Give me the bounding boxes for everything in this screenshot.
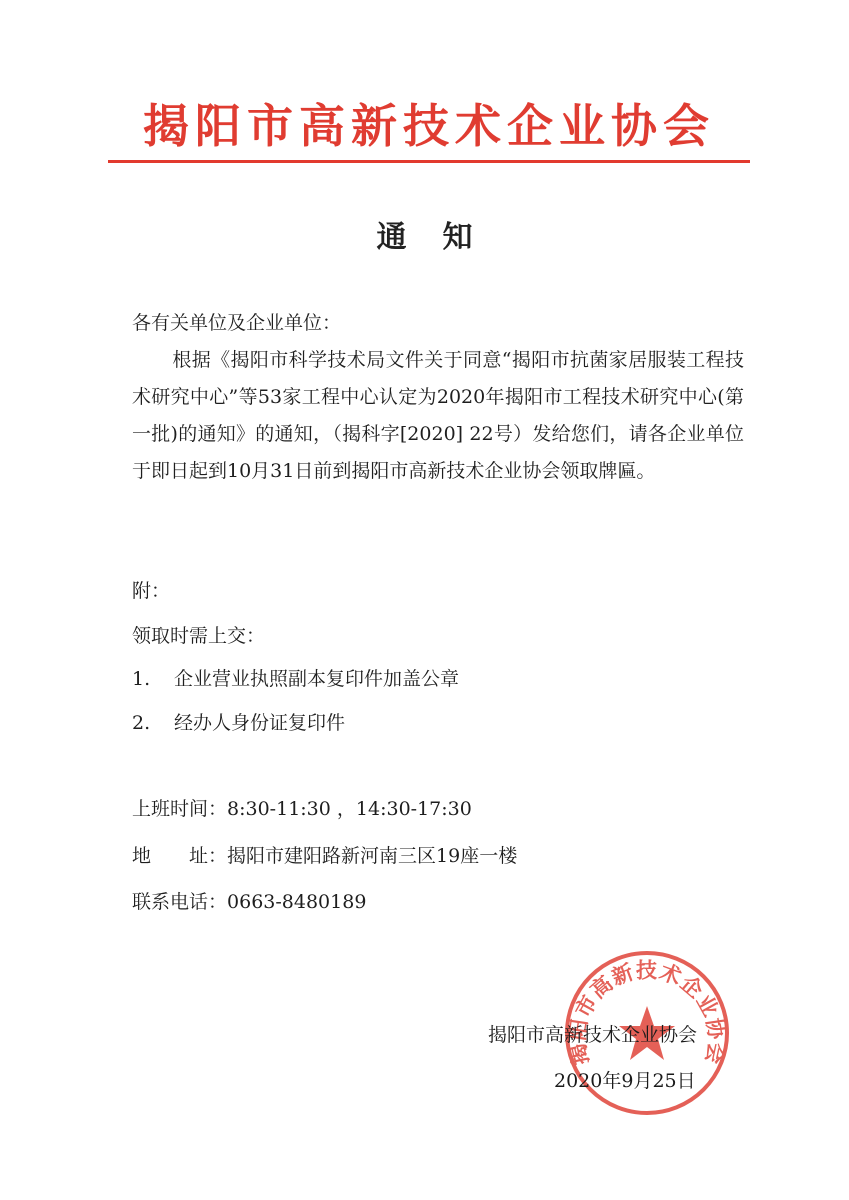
attachment-label: 附： (132, 578, 170, 604)
office-hours-value: 8:30-11:30 ，14:30-17:30 (227, 798, 472, 820)
signature-date: 2020年9月25日 (554, 1066, 696, 1093)
address: 地 址：揭阳市建阳路新河南三区19座一楼 (132, 843, 517, 869)
office-hours-label: 上班时间： (132, 798, 227, 820)
phone-value: 0663-8480189 (227, 891, 366, 913)
letterhead-red-divider (108, 160, 750, 163)
requirement-item-2: 2.经办人身份证复印件 (132, 710, 345, 736)
requirement-text: 经办人身份证复印件 (174, 712, 345, 734)
salutation: 各有关单位及企业单位： (132, 310, 341, 336)
address-label: 地 址： (132, 845, 227, 867)
address-value: 揭阳市建阳路新河南三区19座一楼 (227, 845, 517, 867)
office-hours: 上班时间：8:30-11:30 ，14:30-17:30 (132, 796, 472, 822)
title-char-2: 知 (443, 212, 473, 256)
title-char-1: 通 (377, 212, 407, 256)
requirement-number: 1. (132, 666, 174, 692)
letterhead-organization-name: 揭阳市高新技术企业协会 (108, 96, 750, 156)
requirement-text: 企业营业执照副本复印件加盖公章 (174, 668, 459, 690)
body-paragraph-text: 根据《揭阳市科学技术局文件关于同意“揭阳市抗菌家居服装工程技术研究中心”等53家… (132, 349, 744, 482)
body-paragraph: 根据《揭阳市科学技术局文件关于同意“揭阳市抗菌家居服装工程技术研究中心”等53家… (132, 342, 744, 490)
requirement-item-1: 1.企业营业执照副本复印件加盖公章 (132, 666, 459, 692)
signature-organization: 揭阳市高新技术企业协会 (488, 1020, 697, 1047)
requirements-label: 领取时需上交： (132, 623, 265, 649)
requirement-number: 2. (132, 710, 174, 736)
document-title: 通知 (0, 212, 849, 256)
phone: 联系电话：0663-8480189 (132, 889, 366, 915)
phone-label: 联系电话： (132, 891, 227, 913)
